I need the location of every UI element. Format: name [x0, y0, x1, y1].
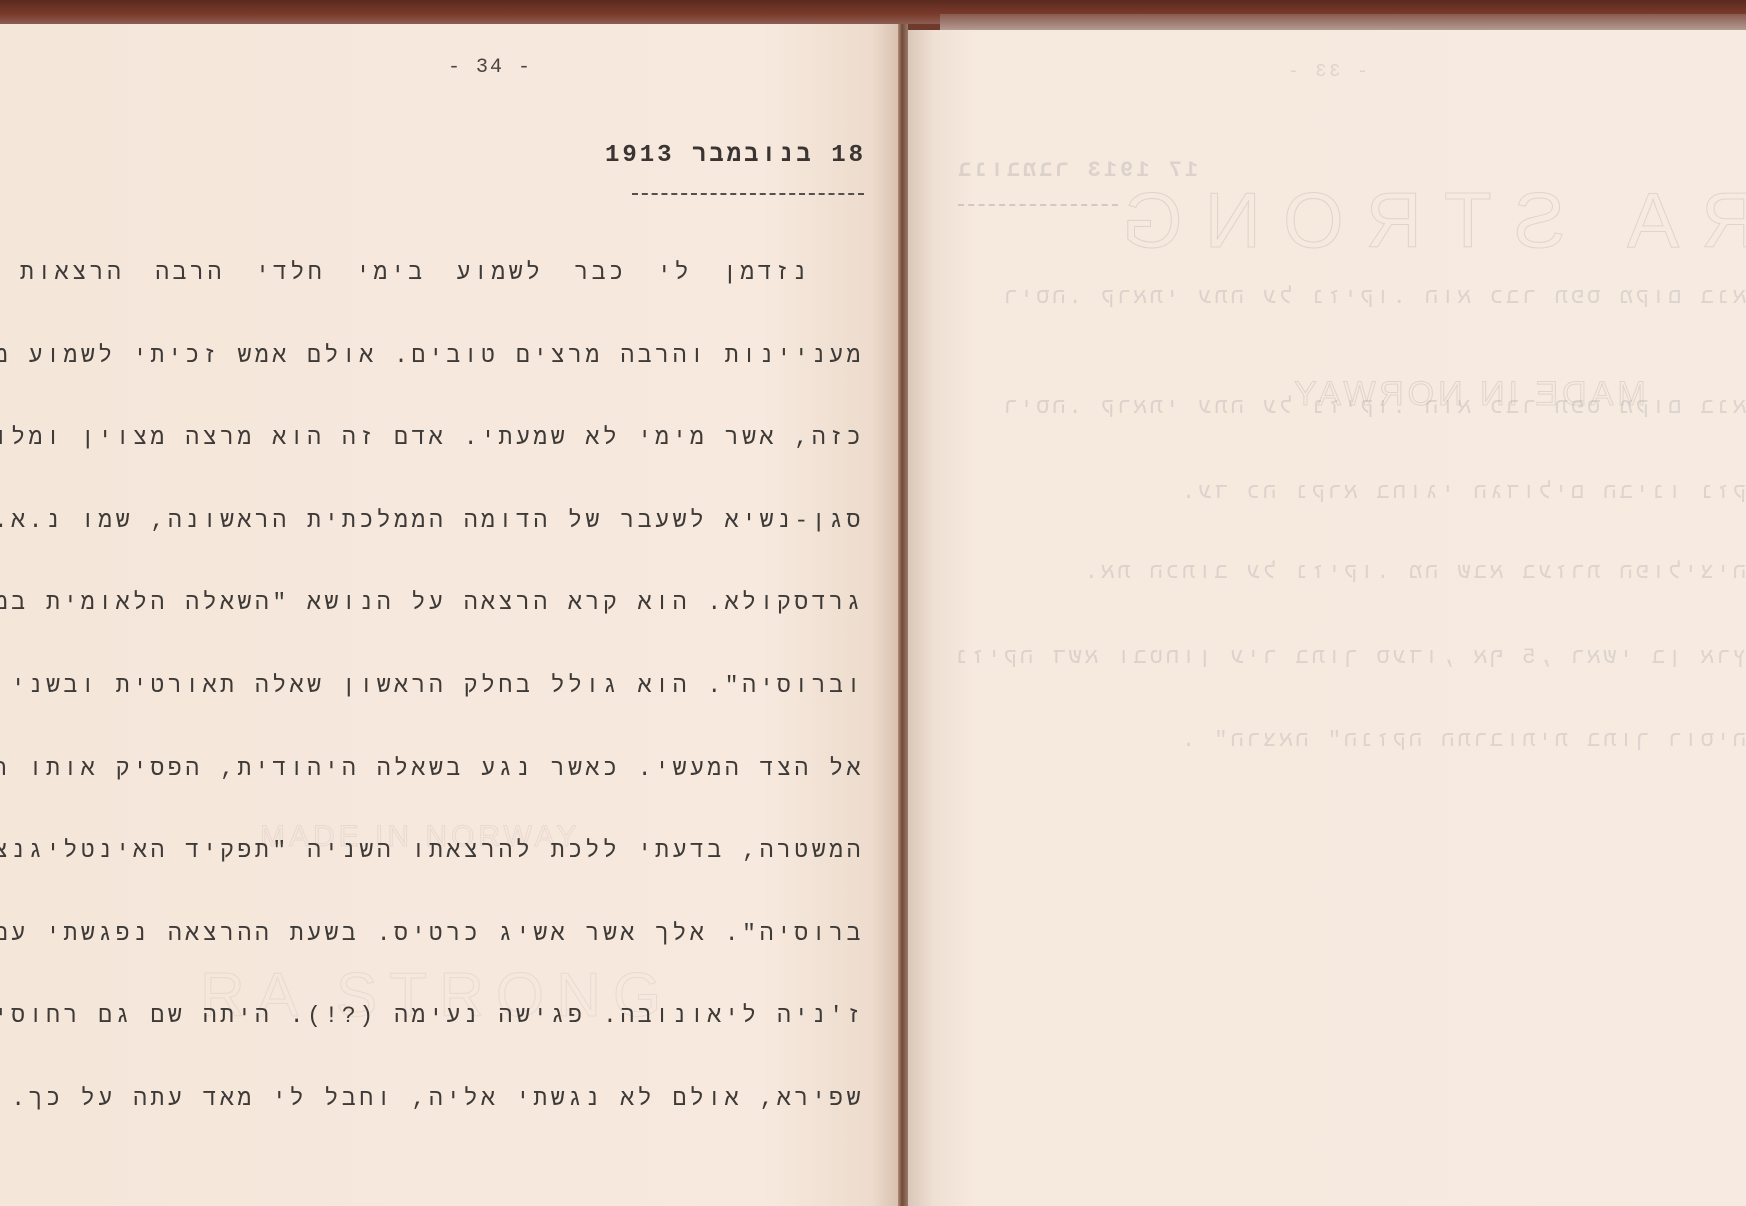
- date-underline: [632, 193, 864, 195]
- bleed-through-underline: [958, 204, 1118, 206]
- entry-date-heading: 18 בנובמבר 1913: [605, 142, 866, 169]
- bleed-through-line: ריסה. קראתי עתה על נזיקו. הוא כבר תפס מק…: [958, 285, 1746, 310]
- binding-gutter: [898, 24, 908, 1206]
- text-line: מעניינות והרבה מרצים טובים. אולם אמש זכי…: [20, 341, 864, 424]
- text-line: ז'ניה ליאונובה. פגישה נעימה (?!). היתה ש…: [20, 1001, 864, 1084]
- text-line: המשטרה, בדעתי ללכת להרצאתו השניה "תפקיד …: [20, 836, 864, 919]
- text-line: גרדסקולא. הוא קרא הרצאה על הנושא "השאלה …: [20, 588, 864, 671]
- text-line: נזדמן לי כבר לשמוע בימי חלדי הרבה הרצאות: [20, 258, 864, 341]
- text-line: סגן-נשיא לשעבר של הדומה הממלכתית הראשונה…: [20, 506, 864, 589]
- bleed-through-line: ריסה. קראתי עתה על נזיקו. הוא כבר תפס מק…: [958, 395, 1746, 420]
- bleed-through-line: נזיקה דשא ובטחון עיר בתוך סעדו, אף 5, רא…: [958, 645, 1746, 670]
- text-line: ברוסיה". אלך אשר אשיג כרטיס. בשעת ההרצאה…: [20, 919, 864, 1002]
- diary-entry-body: נזדמן לי כבר לשמוע בימי חלדי הרבה הרצאות…: [20, 258, 864, 1167]
- bleed-through-line: עד כה נקרא בחוגי הגדולים הבינו נזק.: [958, 480, 1746, 505]
- text-line: שפירא, אולם לא נגשתי אליה, וחבל לי מאד ע…: [20, 1084, 864, 1167]
- bleed-through-date: 17 בנובמבר 1913: [955, 158, 1198, 183]
- page-number: - 34 -: [448, 56, 532, 79]
- bleed-through-page-number: - 33 -: [1285, 62, 1368, 82]
- text-line: כזה, אשר מימי לא שמעתי. אדם זה הוא מרצה …: [20, 423, 864, 506]
- text-line: וברוסיה". הוא גולל בחלק הראשון שאלה תאור…: [20, 671, 864, 754]
- text-line: אל הצד המעשי. כאשר נגע בשאלה היהודית, הפ…: [20, 754, 864, 837]
- bleed-through-line: הרצאה "הנזקה התרבותית בתוך רוסיה" .: [958, 728, 1746, 753]
- watermark-strong: RA STRONG: [1100, 175, 1746, 266]
- bleed-through-line: את הכתוב על נזיקו. מה שבא בעזרת הפוליציה…: [958, 560, 1746, 585]
